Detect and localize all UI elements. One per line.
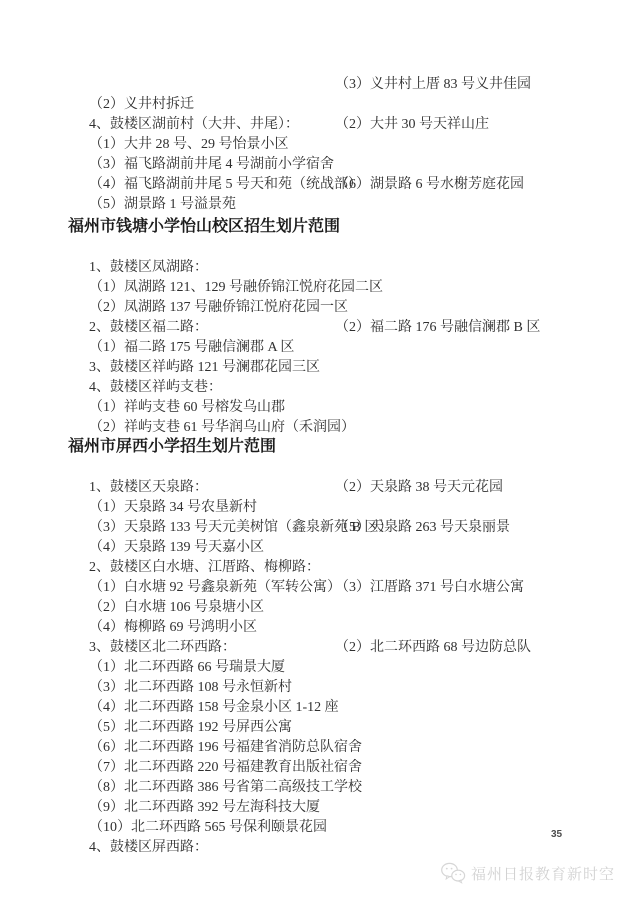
section-heading: 福州市屏西小学招生划片范围 bbox=[68, 435, 613, 458]
address-col1: （5）湖景路 1 号溢景苑 bbox=[89, 197, 236, 212]
address-line: （2）祥屿支巷 61 号华润乌山府（禾润园） bbox=[68, 398, 613, 418]
address-line: （3）北二环西路 108 号永恒新村 bbox=[68, 658, 613, 678]
address-line: 1、鼓楼区天泉路： bbox=[68, 458, 613, 478]
section-heading: 福州市钱塘小学怡山校区招生划片范围 bbox=[68, 215, 613, 238]
address-line: （3）福飞路湖前井尾 4 号湖前小学宿舍 bbox=[68, 135, 613, 155]
address-line: （9）北二环西路 392 号左海科技大厦 bbox=[68, 778, 613, 798]
watermark: 福州日报教育新时空 bbox=[440, 862, 615, 884]
address-line: （1）北二环西路 66 号瑞景大厦 （2）北二环西路 68 号边防总队 bbox=[68, 638, 613, 658]
address-line: （2）白水塘 106 号泉塘小区 （3）江厝路 371 号白水塘公寓 bbox=[68, 578, 613, 598]
address-line: （4）北二环西路 158 号金泉小区 1-12 座 bbox=[68, 678, 613, 698]
address-line: （1）天泉路 34 号农垦新村 （2）天泉路 38 号天元花园 bbox=[68, 478, 613, 498]
address-line: （2）义井村拆迁 （3）义井村上厝 83 号义井佳园 bbox=[68, 75, 613, 95]
address-col2: （6）湖景路 6 号水榭芳庭花园 bbox=[335, 175, 524, 195]
address-line: （4）天泉路 139 号天嘉小区 （5）天泉路 263 号天泉丽景 bbox=[68, 518, 613, 538]
address-line: 2、鼓楼区白水塘、江厝路、梅柳路： bbox=[68, 538, 613, 558]
watermark-text: 福州日报教育新时空 bbox=[471, 863, 615, 884]
address-line: （5）湖景路 1 号溢景苑 （6）湖景路 6 号水榭芳庭花园 bbox=[68, 175, 613, 195]
address-line: 3、鼓楼区北二环西路： bbox=[68, 618, 613, 638]
address-line: （6）北二环西路 196 号福建省消防总队宿舍 bbox=[68, 718, 613, 738]
address-col2: （3）江厝路 371 号白水塘公寓 bbox=[335, 578, 524, 598]
address-col2: （2）天泉路 38 号天元花园 bbox=[335, 478, 503, 498]
address-line: 2、鼓楼区福二路： bbox=[68, 298, 613, 318]
address-line: 3、鼓楼区祥屿路 121 号澜郡花园三区 bbox=[68, 338, 613, 358]
address-line: 4、鼓楼区湖前村（大井、井尾）： bbox=[68, 95, 613, 115]
address-line: （1）大井 28 号、29 号怡景小区 （2）大井 30 号天祥山庄 bbox=[68, 115, 613, 135]
address-line: （5）北二环西路 192 号屏西公寓 bbox=[68, 698, 613, 718]
address-line: （1）白水塘 92 号鑫泉新苑（军转公寓） bbox=[68, 558, 613, 578]
document-page: （2）义井村拆迁 （3）义井村上厝 83 号义井佳园 4、鼓楼区湖前村（大井、井… bbox=[0, 0, 641, 907]
document-content: （2）义井村拆迁 （3）义井村上厝 83 号义井佳园 4、鼓楼区湖前村（大井、井… bbox=[68, 75, 613, 838]
address-line: （1）福二路 175 号融信澜郡 A 区 （2）福二路 176 号融信澜郡 B … bbox=[68, 318, 613, 338]
address-line: （3）天泉路 133 号天元美树馆（鑫泉新苑 B 区） bbox=[68, 498, 613, 518]
address-col1: （2）祥屿支巷 61 号华润乌山府（禾润园） bbox=[89, 420, 355, 435]
address-line: 4、鼓楼区屏西路： bbox=[68, 818, 613, 838]
page-number: 35 bbox=[551, 829, 562, 840]
address-line: （1）祥屿支巷 60 号榕发乌山郡 bbox=[68, 378, 613, 398]
address-col1: 4、鼓楼区屏西路： bbox=[89, 840, 208, 855]
address-col2: （2）福二路 176 号融信澜郡 B 区 bbox=[335, 318, 540, 338]
address-line: （4）梅柳路 69 号鸿明小区 bbox=[68, 598, 613, 618]
address-col2: （5）天泉路 263 号天泉丽景 bbox=[335, 518, 510, 538]
wechat-icon bbox=[440, 862, 466, 884]
address-col2: （3）义井村上厝 83 号义井佳园 bbox=[335, 75, 531, 95]
address-col2: （2）北二环西路 68 号边防总队 bbox=[335, 638, 531, 658]
address-line: （2）凤湖路 137 号融侨锦江悦府花园一区 bbox=[68, 278, 613, 298]
address-line: 1、鼓楼区凤湖路： bbox=[68, 238, 613, 258]
address-line: （7）北二环西路 220 号福建教育出版社宿舍 bbox=[68, 738, 613, 758]
address-col2: （2）大井 30 号天祥山庄 bbox=[335, 115, 489, 135]
address-line: （8）北二环西路 386 号省第二高级技工学校 bbox=[68, 758, 613, 778]
address-line: （1）凤湖路 121、129 号融侨锦江悦府花园二区 bbox=[68, 258, 613, 278]
address-line: 4、鼓楼区祥屿支巷： bbox=[68, 358, 613, 378]
address-line: （10）北二环西路 565 号保利颐景花园 bbox=[68, 798, 613, 818]
address-line: （4）福飞路湖前井尾 5 号天和苑（统战部） bbox=[68, 155, 613, 175]
